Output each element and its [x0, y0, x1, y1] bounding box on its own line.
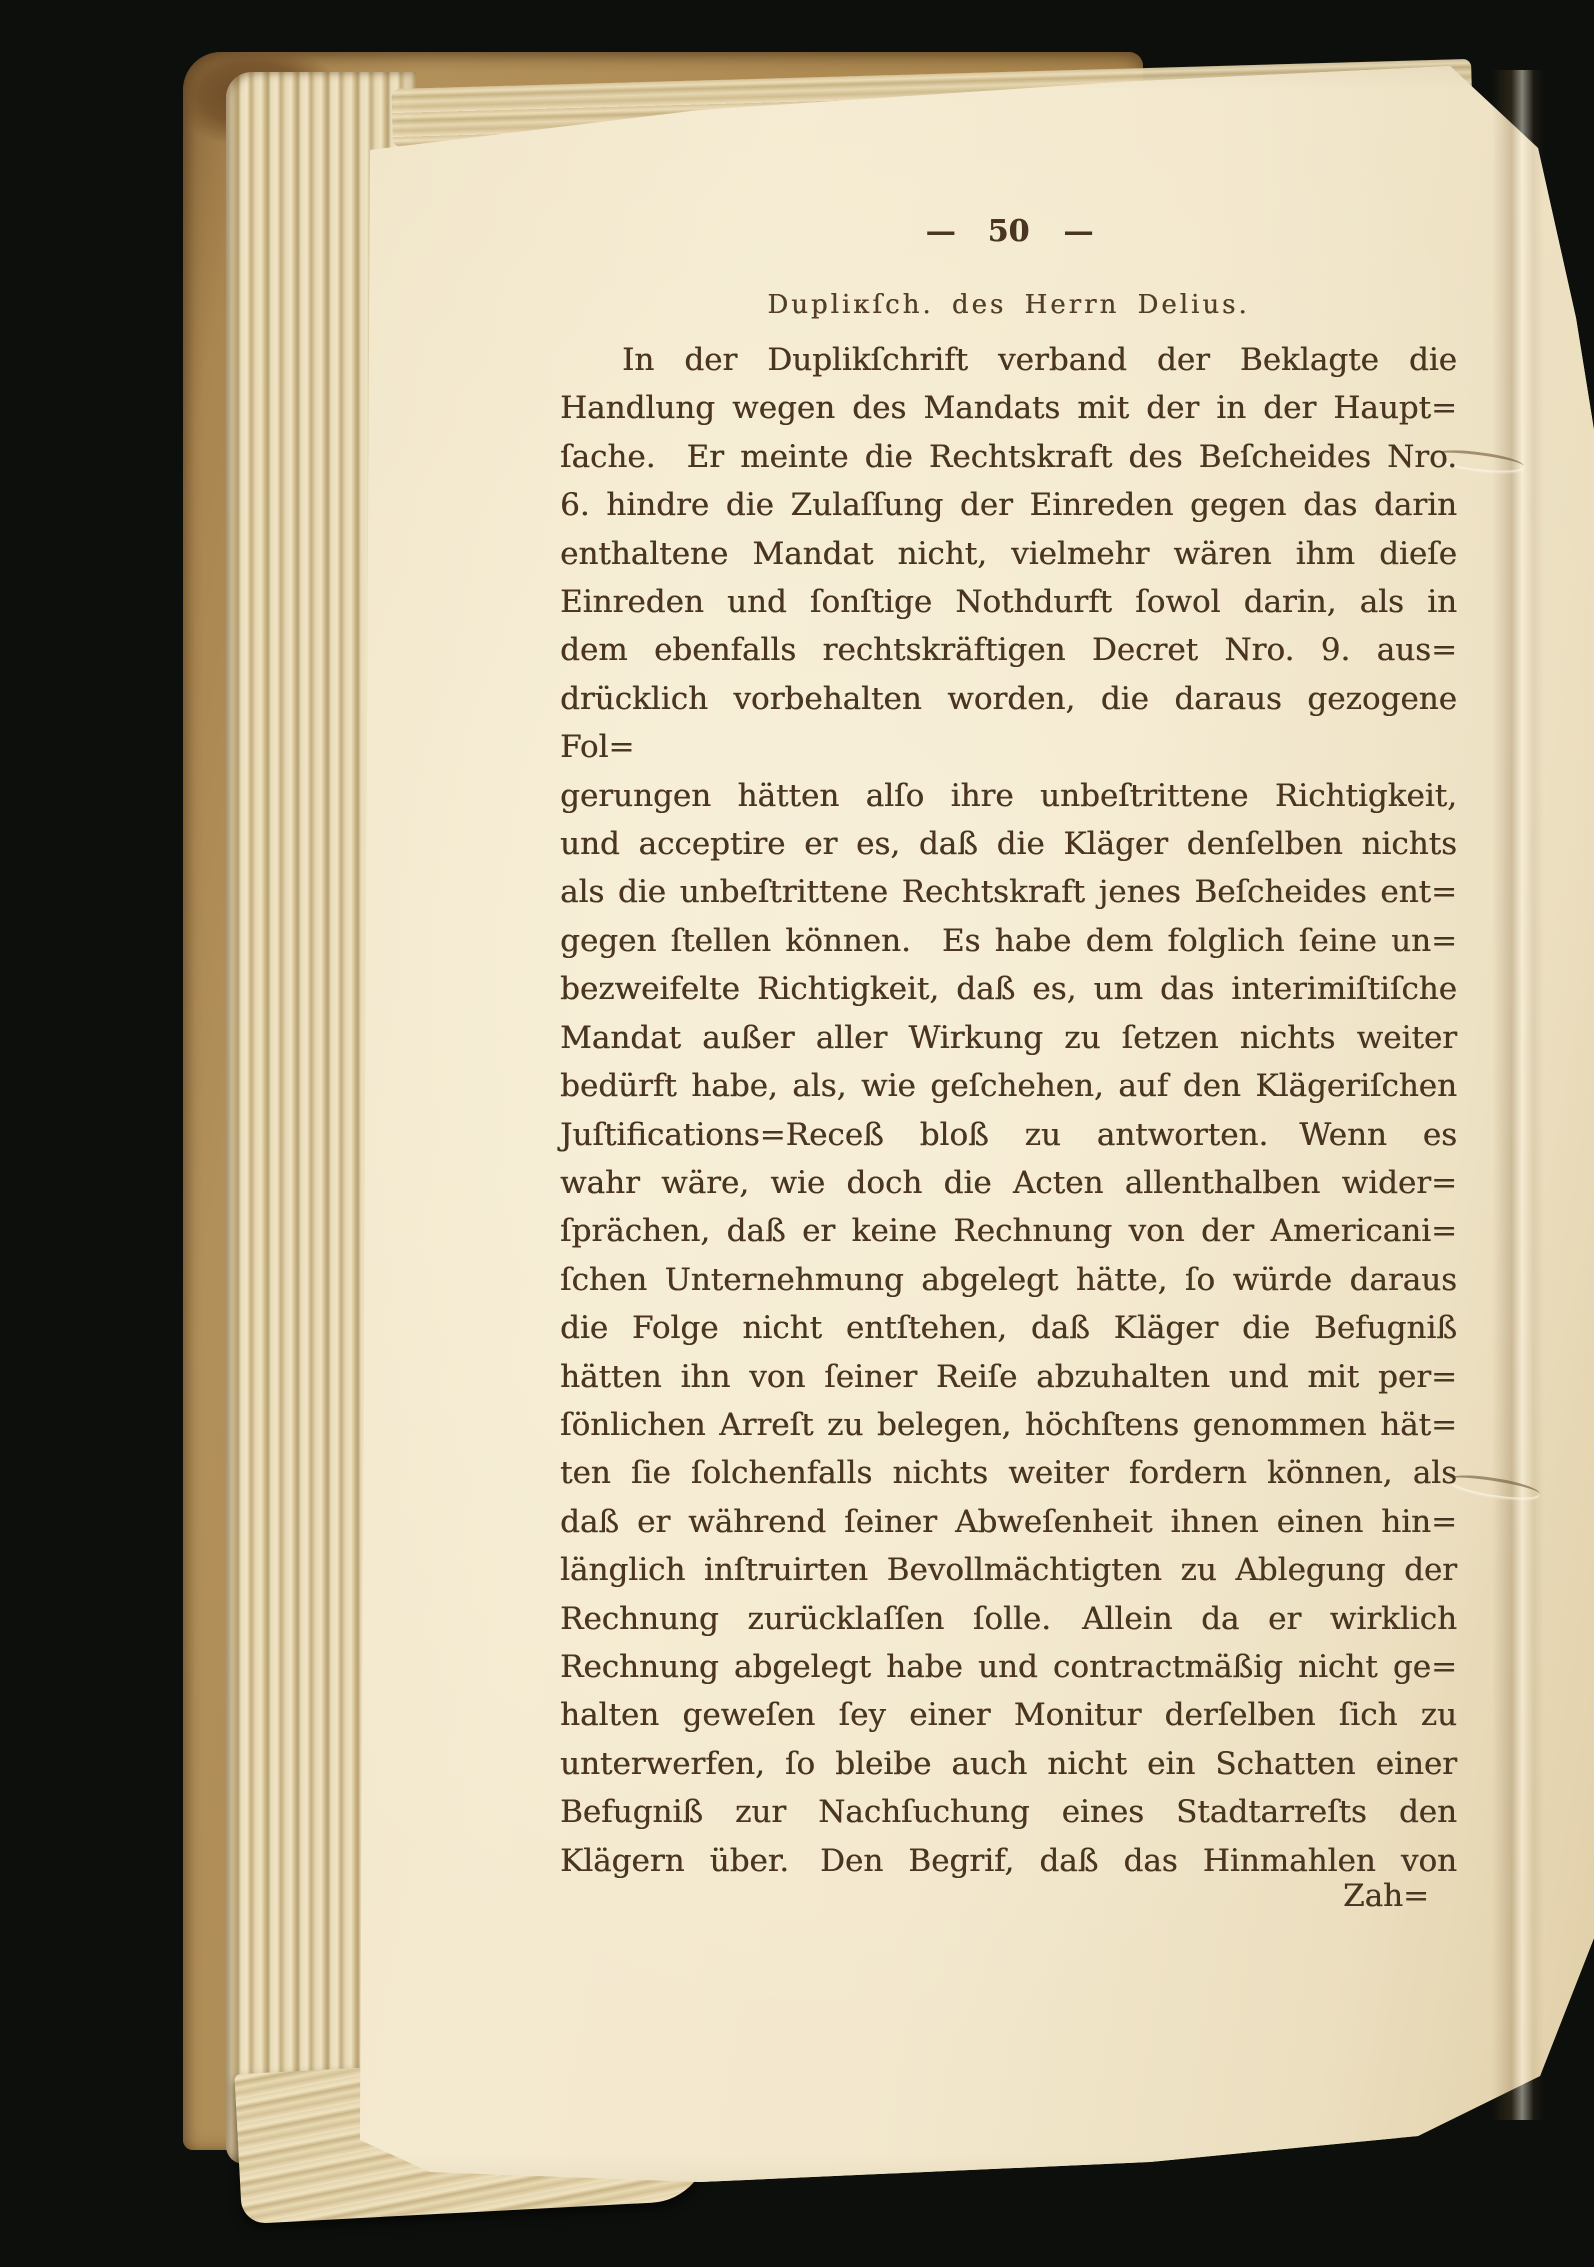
- text-line: dem ebenfalls rechtskräftigen Decret Nro…: [560, 626, 1457, 674]
- text-line: Befugniß zur Nachſuchung eines Stadtarre…: [560, 1788, 1457, 1836]
- text-line: Juſtifications=Receß bloß zu antworten. …: [560, 1111, 1457, 1159]
- text-line: Einreden und ſonſtige Nothdurft ſowol da…: [560, 578, 1457, 626]
- text-line: gegen ſtellen können. Es habe dem folgli…: [560, 917, 1457, 965]
- text-line: Handlung wegen des Mandats mit der in de…: [560, 384, 1457, 432]
- folio-dash-left: —: [926, 214, 954, 249]
- text-line: ſönlichen Arreſt zu belegen, höchſtens g…: [560, 1401, 1457, 1449]
- text-line: ſprächen, daß er keine Rechnung von der …: [560, 1207, 1457, 1255]
- text-line: Rechnung abgelegt habe und contractmäßig…: [560, 1643, 1457, 1691]
- text-block: In der Duplikſchrift verband der Beklagt…: [560, 336, 1457, 1885]
- text-line: die Folge nicht entſtehen, daß Kläger di…: [560, 1304, 1457, 1352]
- text-line: enthaltene Mandat nicht, vielmehr wären …: [560, 530, 1457, 578]
- running-header: Dupliкſch. des Herrn Delius.: [560, 290, 1457, 320]
- text-line: Mandat außer aller Wirkung zu ſetzen nic…: [560, 1014, 1457, 1062]
- text-line: daß er während ſeiner Abweſenheit ihnen …: [560, 1498, 1457, 1546]
- text-line: halten geweſen ſey einer Monitur derſelb…: [560, 1691, 1457, 1739]
- text-line: Rechnung zurücklaſſen ſolle. Allein da e…: [560, 1595, 1457, 1643]
- text-line: bedürft habe, als, wie geſchehen, auf de…: [560, 1062, 1457, 1110]
- text-line: ſache. Er meinte die Rechtskraft des Beſ…: [560, 433, 1457, 481]
- text-line: In der Duplikſchrift verband der Beklagt…: [560, 336, 1457, 384]
- text-line: wahr wäre, wie doch die Acten allenthalb…: [560, 1159, 1457, 1207]
- page-number: 50: [988, 214, 1030, 249]
- text-line: und acceptire er es, daß die Kläger denſ…: [560, 820, 1457, 868]
- text-line: länglich inſtruirten Bevollmächtigten zu…: [560, 1546, 1457, 1594]
- catchword-row: Zah=: [560, 1878, 1457, 1914]
- text-line: drücklich vorbehalten worden, die daraus…: [560, 675, 1457, 772]
- folio-row: — 50 —: [560, 214, 1457, 249]
- photograph-of-open-book: — 50 — Dupliкſch. des Herrn Delius. In d…: [0, 0, 1594, 2267]
- text-line: ſchen Unternehmung abgelegt hätte, ſo wü…: [560, 1256, 1457, 1304]
- text-line: ten ſie ſolchenfalls nichts weiter forde…: [560, 1449, 1457, 1497]
- catchword: Zah=: [1343, 1878, 1429, 1914]
- text-line: hätten ihn von ſeiner Reiſe abzuhalten u…: [560, 1353, 1457, 1401]
- folio-dash-right: —: [1063, 214, 1091, 249]
- text-line: gerungen hätten alſo ihre unbeſtrittene …: [560, 772, 1457, 820]
- text-line: als die unbeſtrittene Rechtskraft jenes …: [560, 868, 1457, 916]
- text-line: 6. hindre die Zulaſſung der Einreden geg…: [560, 481, 1457, 529]
- text-line: bezweifelte Richtigkeit, daß es, um das …: [560, 965, 1457, 1013]
- text-line: unterwerfen, ſo bleibe auch nicht ein Sc…: [560, 1740, 1457, 1788]
